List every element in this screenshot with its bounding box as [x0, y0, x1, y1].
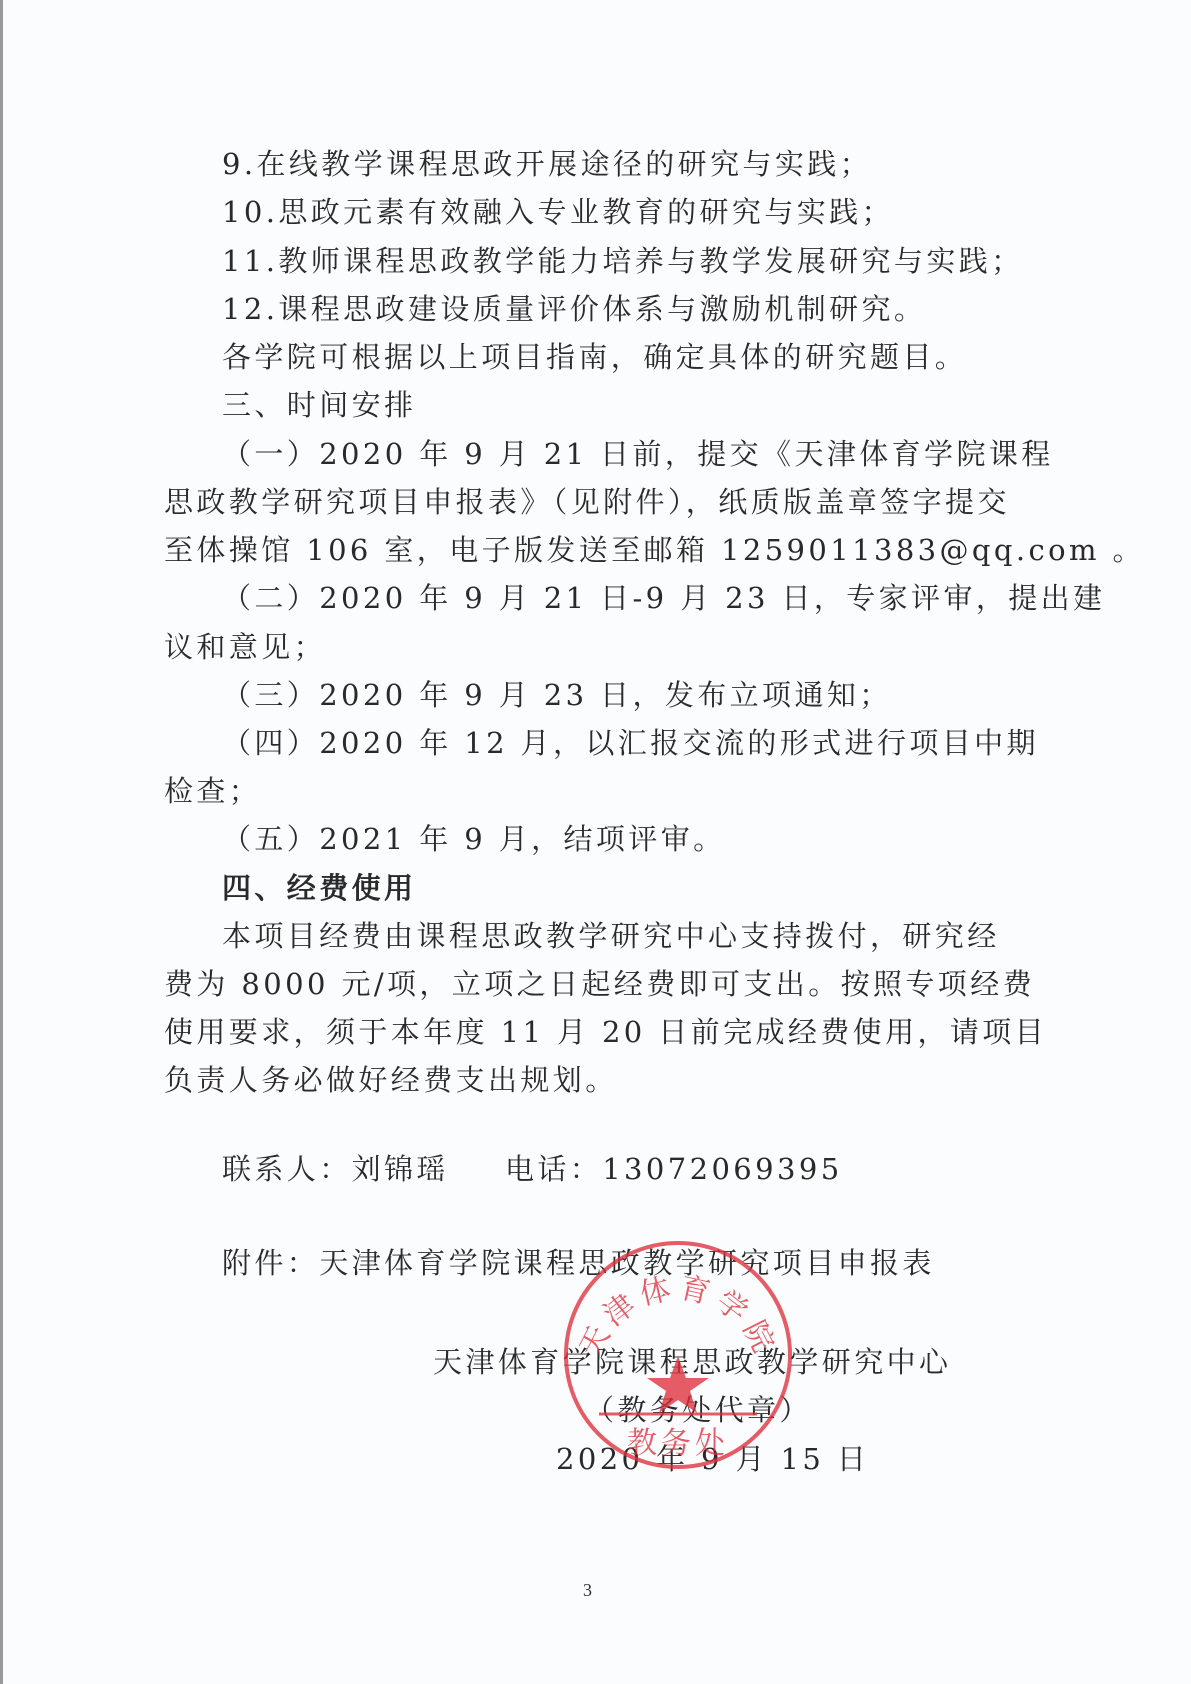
document-page: 9.在线教学课程思政开展途径的研究与实践； 10.思政元素有效融入专业教育的研究… [0, 0, 1191, 1684]
guide-item-10: 10.思政元素有效融入专业教育的研究与实践； [222, 195, 894, 229]
signature-date: 2020 年 9 月 15 日 [556, 1442, 869, 1476]
schedule-line-email: 至体操馆 106 室，电子版发送至邮箱 1259011383@qq.com 。 [164, 533, 1145, 567]
section-3-heading: 三、时间安排 [222, 388, 416, 422]
schedule-line: （三）2020 年 9 月 23 日，发布立项通知； [222, 678, 892, 712]
guide-note: 各学院可根据以上项目指南，确定具体的研究题目。 [222, 340, 967, 374]
schedule-line: 议和意见； [164, 630, 326, 664]
schedule-line: 检查； [164, 774, 261, 808]
signature-org: 天津体育学院课程思政教学研究中心 [433, 1345, 951, 1379]
funding-line: 费为 8000 元/项，立项之日起经费即可支出。按照专项经费 [164, 967, 1035, 1001]
schedule-line: （五）2021 年 9 月，结项评审。 [222, 822, 726, 856]
contact-person: 联系人：刘锦瑶 [222, 1152, 449, 1186]
contact-phone: 电话：13072069395 [505, 1152, 843, 1186]
funding-line: 使用要求，须于本年度 11 月 20 日前完成经费使用，请项目 [164, 1015, 1047, 1049]
funding-line: 负责人务必做好经费支出规划。 [164, 1063, 618, 1097]
guide-item-11: 11.教师课程思政教学能力培养与教学发展研究与实践； [222, 244, 1024, 278]
section-4-heading: 四、经费使用 [222, 871, 416, 905]
schedule-line: （一）2020 年 9 月 21 日前，提交《天津体育学院课程 [222, 437, 1054, 471]
guide-item-9: 9.在线教学课程思政开展途径的研究与实践； [222, 147, 872, 181]
schedule-line: （二）2020 年 9 月 21 日-9 月 23 日，专家评审，提出建 [222, 581, 1105, 615]
funding-line: 本项目经费由课程思政教学研究中心支持拨付，研究经 [222, 919, 1000, 953]
page-number: 3 [583, 1580, 592, 1601]
schedule-line: （四）2020 年 12 月，以汇报交流的形式进行项目中期 [222, 726, 1039, 760]
signature-proxy-seal: （教务处代章） [585, 1393, 812, 1427]
schedule-line: 思政教学研究项目申报表》（见附件），纸质版盖章签字提交 [164, 485, 1010, 519]
attachment-note: 附件：天津体育学院课程思政教学研究项目申报表 [222, 1246, 935, 1280]
guide-item-12: 12.课程思政建设质量评价体系与激励机制研究。 [222, 292, 926, 326]
